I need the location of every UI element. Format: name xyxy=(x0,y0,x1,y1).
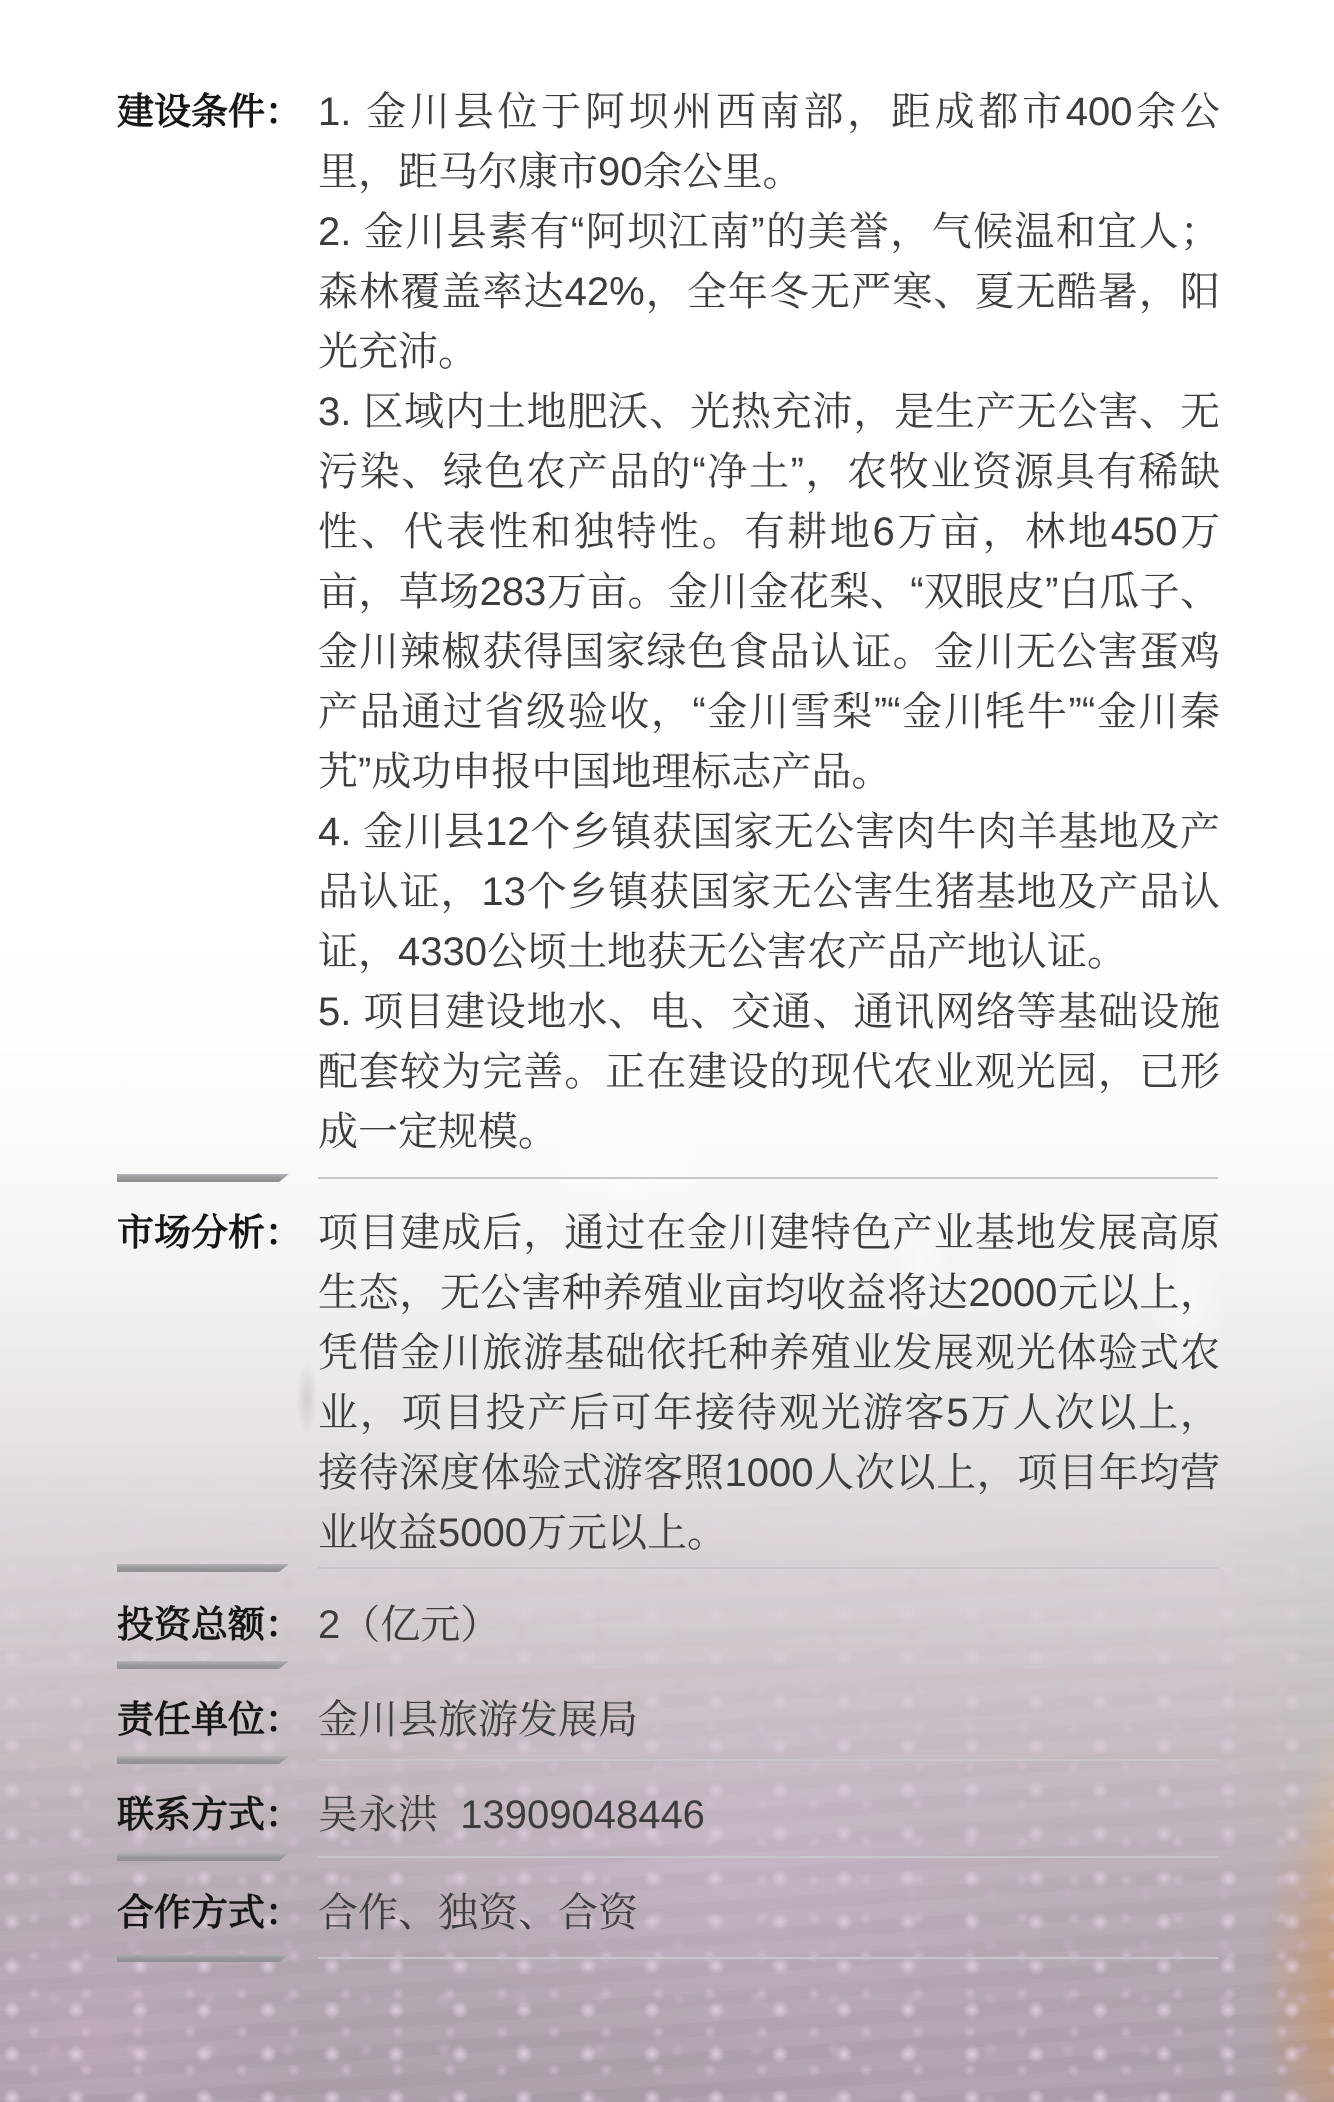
section-divider xyxy=(0,1564,1334,1572)
section-divider xyxy=(0,1853,1334,1861)
field-value-contact: 吴永洪 13909048446 xyxy=(318,1785,1220,1845)
condition-item-4: 4. 金川县12个乡镇获国家无公害肉牛肉羊基地及产品认证，13个乡镇获国家无公害… xyxy=(318,802,1220,982)
field-value-construction-conditions: 1. 金川县位于阿坝州西南部，距成都市400余公里，距马尔康市90余公里。 2.… xyxy=(318,82,1220,1162)
field-label-market-analysis: 市场分析： xyxy=(117,1203,317,1263)
divider-bar xyxy=(117,1756,289,1764)
field-label-responsible-unit: 责任单位： xyxy=(117,1690,317,1750)
divider-line xyxy=(318,1759,1218,1761)
field-label-contact: 联系方式： xyxy=(117,1785,317,1845)
condition-item-3: 3. 区域内土地肥沃、光热充沛，是生产无公害、无污染、绿色农产品的“净土”，农牧… xyxy=(318,382,1220,802)
condition-item-2: 2. 金川县素有“阿坝江南”的美誉，气候温和宜人；森林覆盖率达42%，全年冬无严… xyxy=(318,202,1220,382)
section-divider xyxy=(0,1756,1334,1764)
project-info-page: 建设条件： 1. 金川县位于阿坝州西南部，距成都市400余公里，距马尔康市90余… xyxy=(0,0,1334,2102)
condition-item-5: 5. 项目建设地水、电、交通、通讯网络等基础设施配套较为完善。正在建设的现代农业… xyxy=(318,982,1220,1162)
divider-bar xyxy=(117,1564,289,1572)
field-label-total-investment: 投资总额： xyxy=(117,1595,317,1655)
condition-item-1: 1. 金川县位于阿坝州西南部，距成都市400余公里，距马尔康市90余公里。 xyxy=(318,82,1220,202)
divider-bar xyxy=(117,1661,289,1669)
divider-bar xyxy=(117,1853,289,1861)
divider-line xyxy=(318,1856,1218,1858)
section-divider xyxy=(0,1954,1334,1962)
field-value-market-analysis: 项目建成后，通过在金川建特色产业基地发展高原生态，无公害种养殖业亩均收益将达20… xyxy=(318,1203,1220,1563)
field-label-cooperation: 合作方式： xyxy=(117,1883,317,1943)
divider-bar xyxy=(117,1954,289,1962)
field-value-cooperation: 合作、独资、合资 xyxy=(318,1883,1220,1943)
divider-line xyxy=(318,1957,1218,1959)
section-divider xyxy=(0,1661,1334,1669)
divider-bar xyxy=(117,1174,289,1182)
divider-line xyxy=(318,1567,1218,1569)
section-divider xyxy=(0,1174,1334,1182)
divider-line xyxy=(318,1177,1218,1179)
field-value-responsible-unit: 金川县旅游发展局 xyxy=(318,1690,1220,1750)
field-label-construction-conditions: 建设条件： xyxy=(117,82,317,142)
page-content: 建设条件： 1. 金川县位于阿坝州西南部，距成都市400余公里，距马尔康市90余… xyxy=(0,0,1334,2102)
divider-line xyxy=(318,1664,1218,1666)
field-value-total-investment: 2（亿元） xyxy=(318,1595,1220,1655)
